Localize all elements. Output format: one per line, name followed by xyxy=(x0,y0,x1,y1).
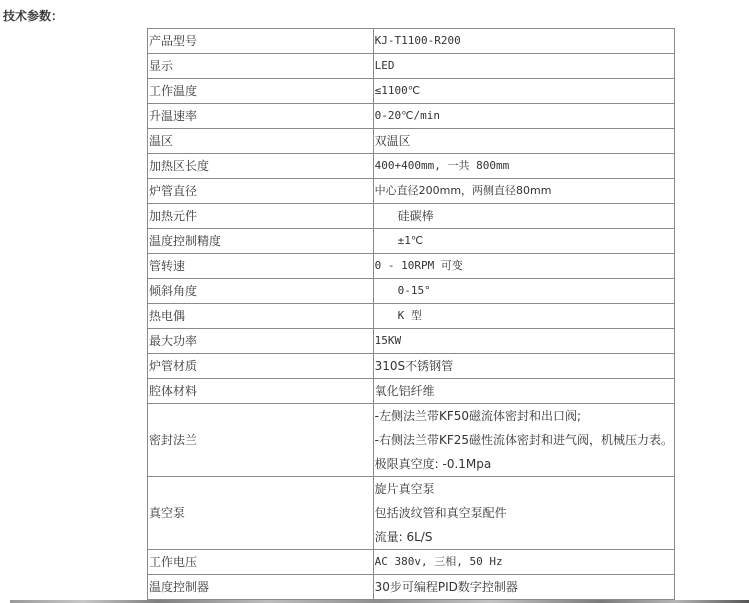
table-row: 最大功率15KW xyxy=(148,329,675,354)
param-value: AC 380v, 三相, 50 Hz xyxy=(373,550,674,575)
param-name: 产品型号 xyxy=(148,29,374,54)
table-row: 升温速率0-20℃/min xyxy=(148,104,675,129)
table-row: 密封法兰 -左侧法兰带KF50磁流体密封和出口阀; -右侧法兰带KF25磁性流体… xyxy=(148,404,675,477)
param-name: 倾斜角度 xyxy=(148,279,374,304)
param-value: 0-20℃/min xyxy=(373,104,674,129)
param-name: 升温速率 xyxy=(148,104,374,129)
table-row: 温度控制精度±1℃ xyxy=(148,229,675,254)
param-value-line: 流量: 6L/S xyxy=(375,525,673,549)
table-row: 加热元件硅碳棒 xyxy=(148,204,675,229)
param-value: 旋片真空泵 包括波纹管和真空泵配件 流量: 6L/S xyxy=(373,477,674,550)
param-name: 温区 xyxy=(148,129,374,154)
table-row: 温度控制器30步可编程PID数字控制器 xyxy=(148,575,675,600)
param-name: 显示 xyxy=(148,54,374,79)
param-value: 15KW xyxy=(373,329,674,354)
param-name: 真空泵 xyxy=(148,477,374,550)
table-row: 管转速0 - 10RPM 可变 xyxy=(148,254,675,279)
param-value: 400+400mm, 一共 800mm xyxy=(373,154,674,179)
param-name: 热电偶 xyxy=(148,304,374,329)
param-value: 硅碳棒 xyxy=(373,204,674,229)
param-name: 密封法兰 xyxy=(148,404,374,477)
param-value-line: 极限真空度: -0.1Mpa xyxy=(375,452,673,476)
param-value: KJ-T1100-R200 xyxy=(373,29,674,54)
table-row: 炉管材质310S不锈钢管 xyxy=(148,354,675,379)
table-row: 加热区长度400+400mm, 一共 800mm xyxy=(148,154,675,179)
section-heading: 技术参数： xyxy=(3,7,63,24)
table-row: 真空泵 旋片真空泵 包括波纹管和真空泵配件 流量: 6L/S xyxy=(148,477,675,550)
param-name: 温度控制精度 xyxy=(148,229,374,254)
spec-table: 产品型号KJ-T1100-R200 显示LED 工作温度≤1100℃ 升温速率0… xyxy=(147,28,675,600)
param-value: 双温区 xyxy=(373,129,674,154)
table-row: 腔体材料氧化铝纤维 xyxy=(148,379,675,404)
param-value: 0 - 10RPM 可变 xyxy=(373,254,674,279)
table-row: 炉管直径中心直径200mm，两侧直径80mm xyxy=(148,179,675,204)
param-value-line: 旋片真空泵 xyxy=(375,477,673,501)
param-value: 30步可编程PID数字控制器 xyxy=(373,575,674,600)
param-name: 腔体材料 xyxy=(148,379,374,404)
param-value: 0-15° xyxy=(373,279,674,304)
param-name: 加热元件 xyxy=(148,204,374,229)
param-value: -左侧法兰带KF50磁流体密封和出口阀; -右侧法兰带KF25磁性流体密封和进气… xyxy=(373,404,674,477)
param-name: 工作温度 xyxy=(148,79,374,104)
param-name: 管转速 xyxy=(148,254,374,279)
param-value-line: -左侧法兰带KF50磁流体密封和出口阀; xyxy=(375,404,673,428)
param-name: 温度控制器 xyxy=(148,575,374,600)
param-value: ±1℃ xyxy=(373,229,674,254)
param-value-line: 包括波纹管和真空泵配件 xyxy=(375,501,673,525)
table-row: 倾斜角度0-15° xyxy=(148,279,675,304)
table-row: 显示LED xyxy=(148,54,675,79)
table-row: 工作温度≤1100℃ xyxy=(148,79,675,104)
param-value: LED xyxy=(373,54,674,79)
param-value: 中心直径200mm，两侧直径80mm xyxy=(373,179,674,204)
param-value: K 型 xyxy=(373,304,674,329)
param-name: 加热区长度 xyxy=(148,154,374,179)
param-name: 工作电压 xyxy=(148,550,374,575)
param-value: 310S不锈钢管 xyxy=(373,354,674,379)
table-row: 产品型号KJ-T1100-R200 xyxy=(148,29,675,54)
table-row: 工作电压AC 380v, 三相, 50 Hz xyxy=(148,550,675,575)
param-name: 炉管直径 xyxy=(148,179,374,204)
param-value: ≤1100℃ xyxy=(373,79,674,104)
table-row: 温区双温区 xyxy=(148,129,675,154)
param-value: 氧化铝纤维 xyxy=(373,379,674,404)
param-name: 最大功率 xyxy=(148,329,374,354)
param-value-line: -右侧法兰带KF25磁性流体密封和进气阀，机械压力表。 xyxy=(375,428,673,452)
table-row: 热电偶K 型 xyxy=(148,304,675,329)
param-name: 炉管材质 xyxy=(148,354,374,379)
